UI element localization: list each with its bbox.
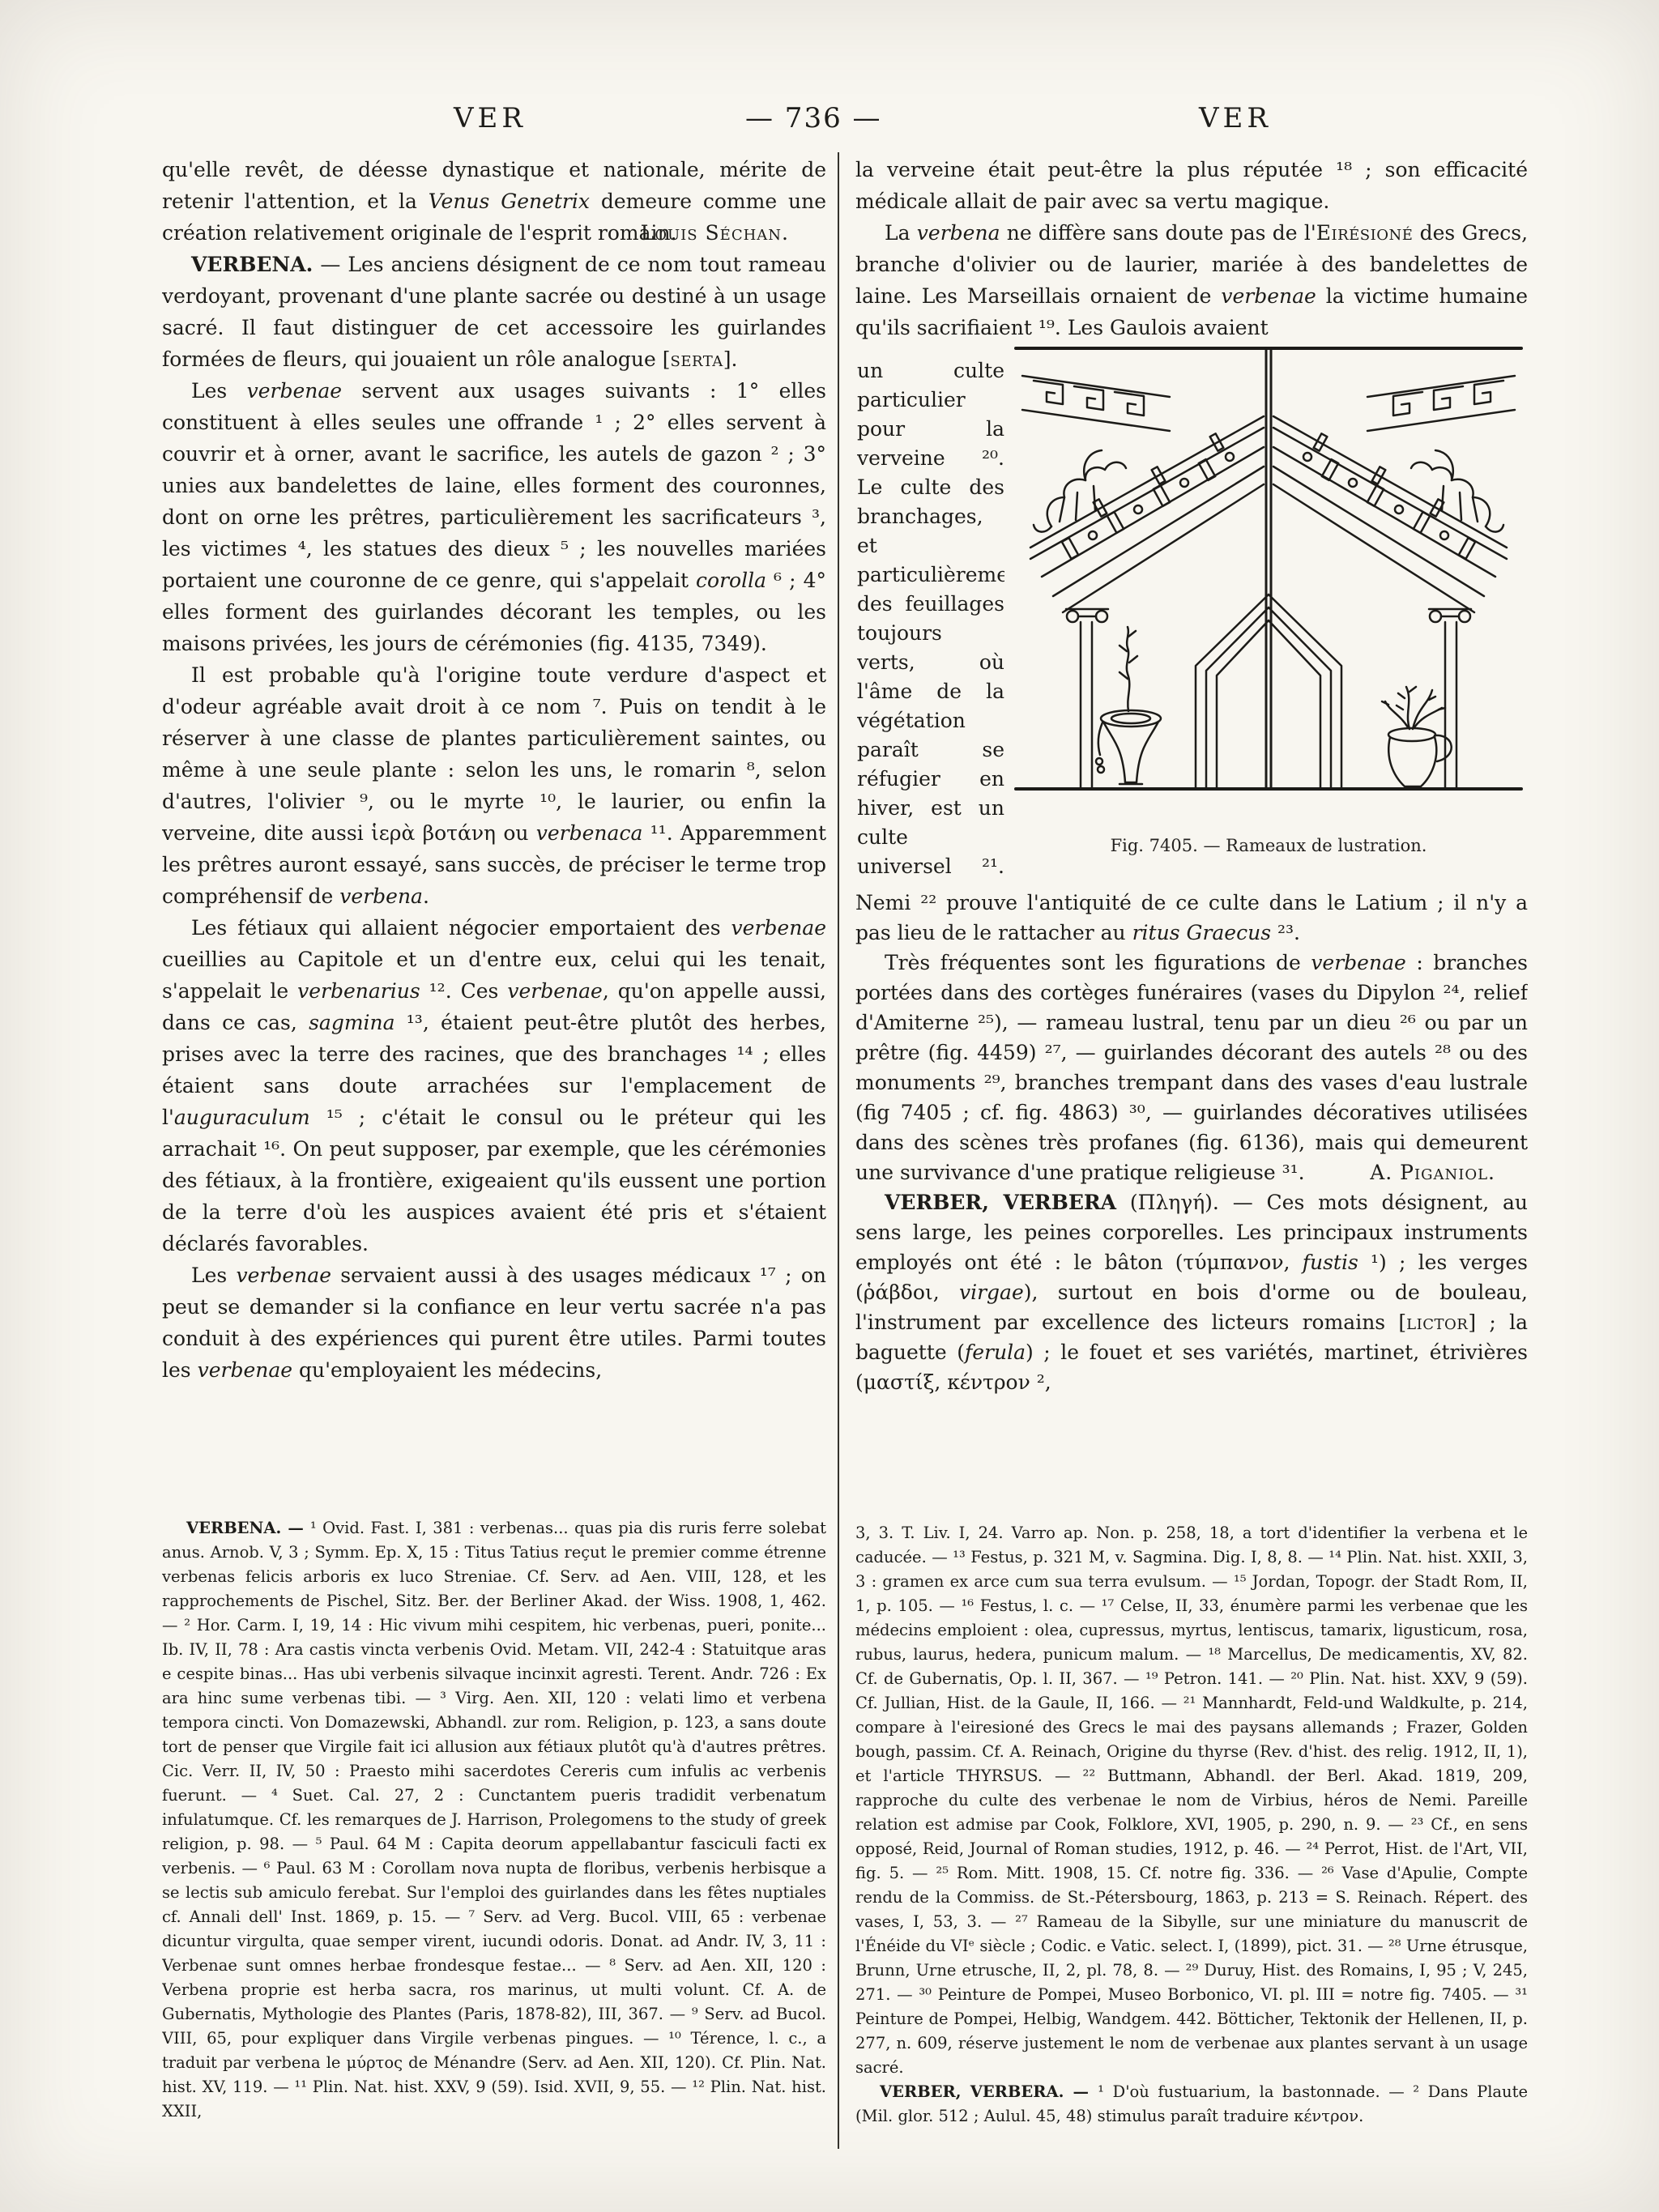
footnotes-right-column: 3, 3. T. Liv. I, 24. Varro ap. Non. p. 2… (855, 1521, 1528, 2169)
left-half-architecture (1022, 376, 1264, 789)
doorway (1196, 595, 1341, 789)
right-half-architecture (1273, 376, 1515, 789)
running-title-right: VER (1199, 102, 1272, 134)
entry-verbena-intro: VERBENA. — Les anciens désignent de ce n… (162, 249, 826, 375)
right-column-mid: Nemi ²² prouve l'antiquité de ce culte d… (855, 888, 1528, 1519)
paragraph-culte-verveine: un culte particulier pour la verveine ²⁰… (857, 356, 1004, 883)
paragraph-origine: Il est probable qu'à l'origine toute ver… (162, 659, 826, 912)
column-divider-rule (838, 152, 839, 2149)
right-column-top: la verveine était peut-être la plus répu… (855, 154, 1528, 355)
entry-verber-verbera: VERBER, VERBERA (Πληγή). — Ces mots dési… (855, 1187, 1528, 1397)
footnote-block-verbena-cont: 3, 3. T. Liv. I, 24. Varro ap. Non. p. 2… (855, 1521, 1528, 2080)
scanned-dictionary-page: VER — 736 — VER qu'elle revêt, de déesse… (0, 0, 1659, 2212)
paragraph-usages-medicaux: Les verbenae servaient aussi à des usage… (162, 1259, 826, 1386)
right-column-narrow-beside-figure: un culte particulier pour la verveine ²⁰… (857, 356, 1004, 883)
paragraph-fetiaux: Les fétiaux qui allaient négocier emport… (162, 912, 826, 1259)
paragraph-verveine-reputee: la verveine était peut-être la plus répu… (855, 154, 1528, 217)
left-column-body: qu'elle revêt, de déesse dynastique et n… (162, 154, 826, 1490)
footnotes-left-column: VERBENA. — ¹ Ovid. Fast. I, 381 : verben… (162, 1516, 826, 2164)
running-header: VER — 736 — VER (0, 102, 1659, 143)
footnote-block-verbena: VERBENA. — ¹ Ovid. Fast. I, 381 : verben… (162, 1516, 826, 2124)
paragraph-eiresione: La verbena ne diffère sans doute pas de … (855, 217, 1528, 343)
paragraph-nemi: Nemi ²² prouve l'antiquité de ce culte d… (855, 888, 1528, 948)
paragraph-usages: Les verbenae servent aux usages suivants… (162, 375, 826, 659)
paragraph-figurations: Très fréquentes sont les figurations de … (855, 948, 1528, 1187)
footnote-block-verber: VERBER, VERBERA. — ¹ D'où fustuarium, la… (855, 2080, 1528, 2129)
lustration-illustration (1009, 339, 1528, 825)
lustral-jug-right (1382, 687, 1452, 786)
figure-caption: Fig. 7405. — Rameaux de lustration. (1009, 836, 1528, 855)
page-number: — 736 — (745, 102, 882, 134)
lustral-vase-left (1096, 627, 1161, 784)
figure-7405-rameaux-de-lustration: Fig. 7405. — Rameaux de lustration. (1009, 339, 1528, 855)
running-title-left: VER (454, 102, 527, 134)
